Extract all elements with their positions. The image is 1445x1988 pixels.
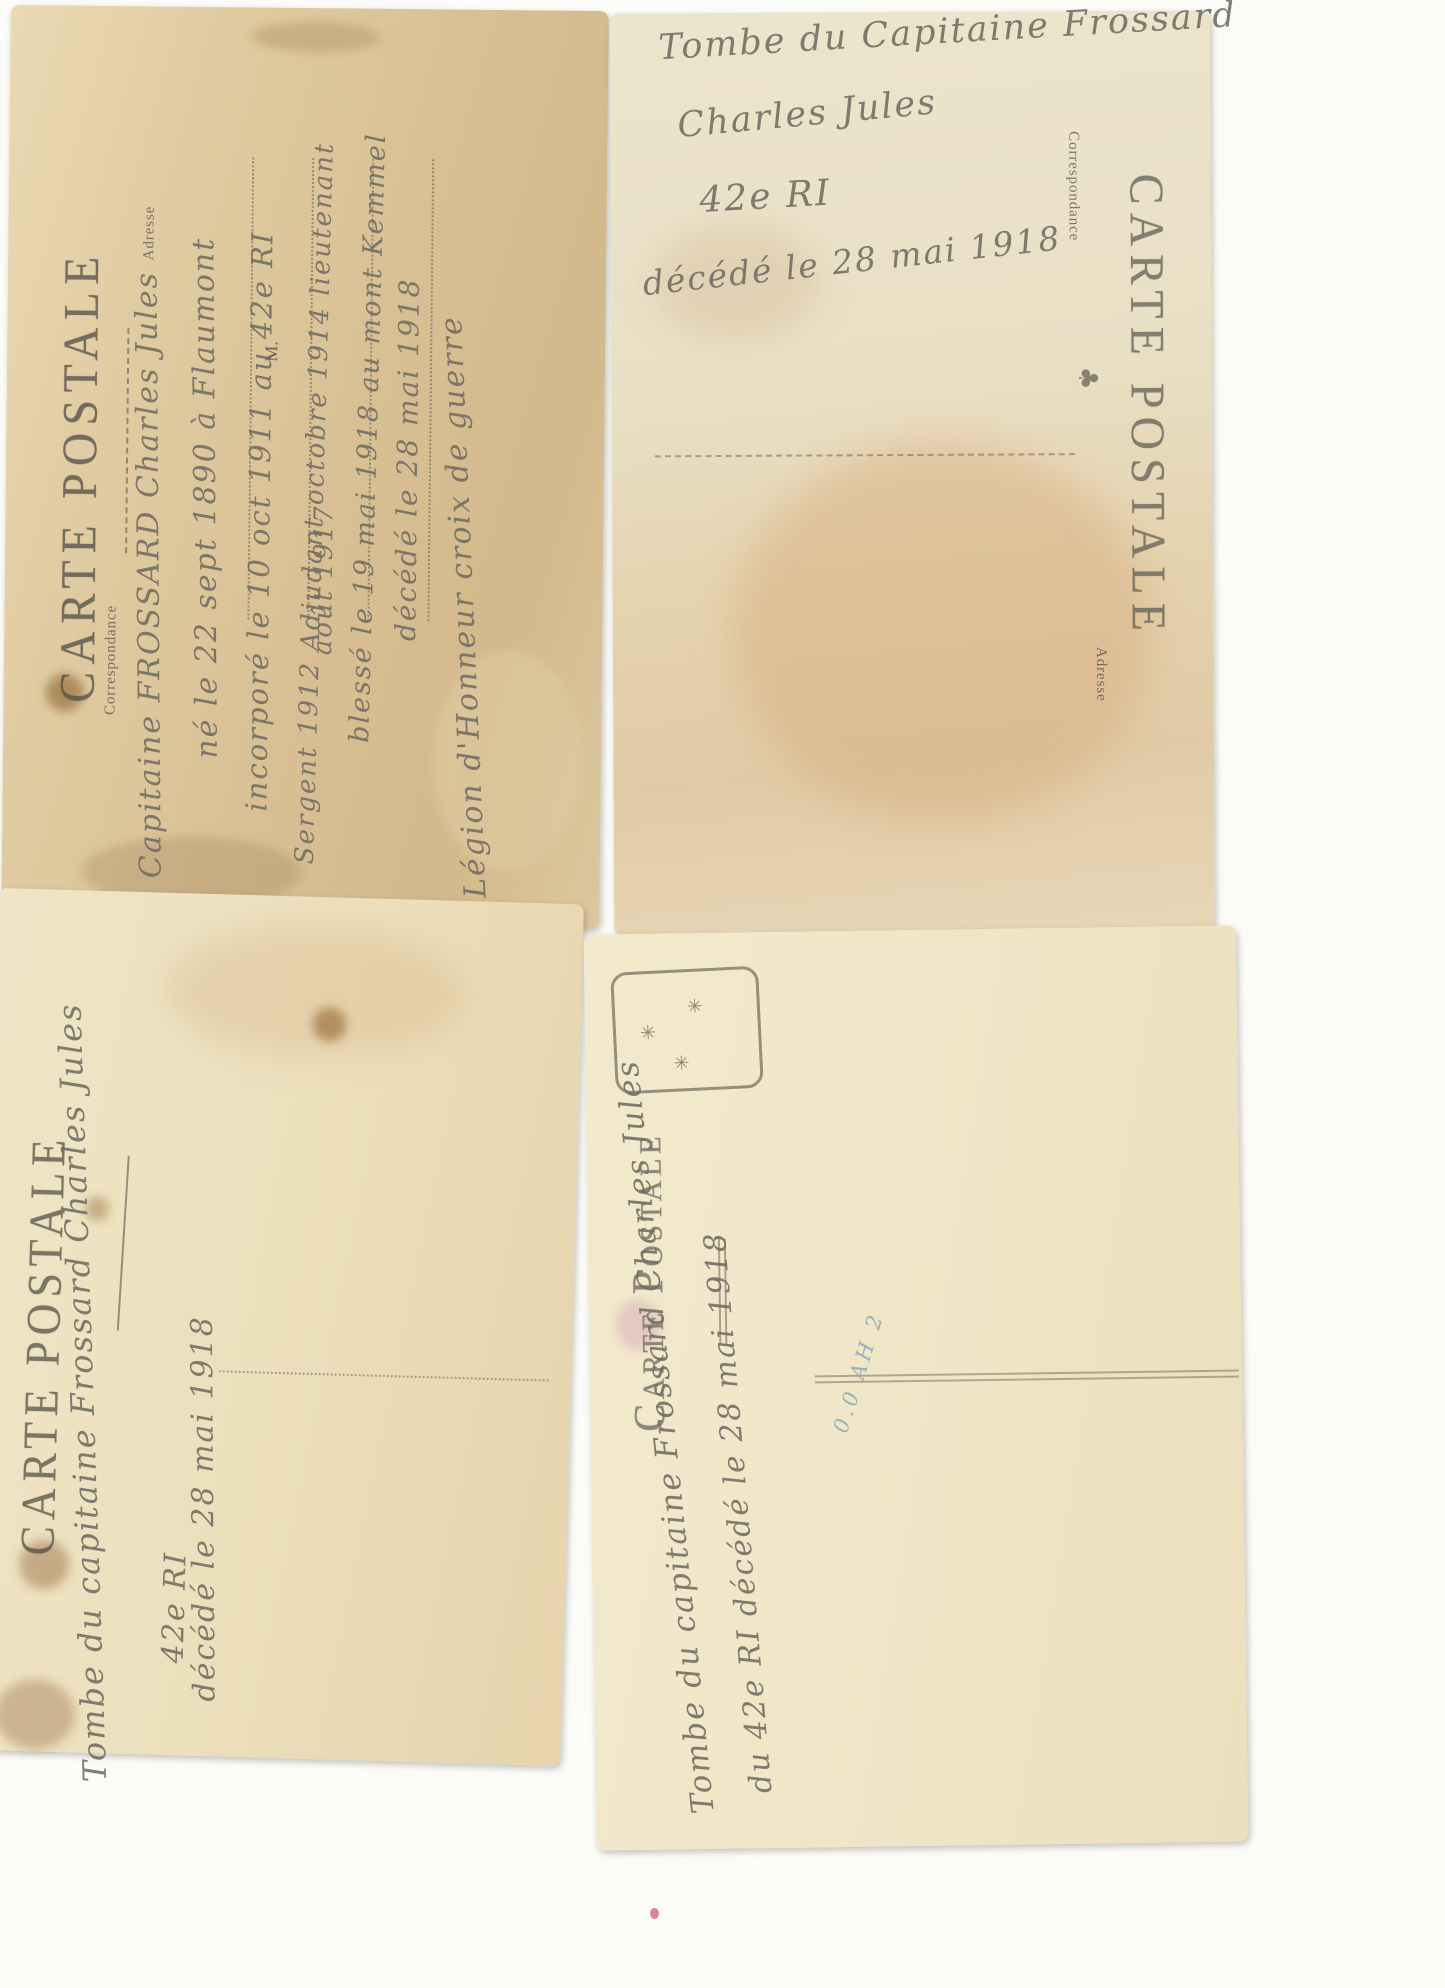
- handwriting-line: Charles Jules: [676, 85, 938, 144]
- postcard-bottom-right: ✳ ✳ ✳ Carte Postale 0.0 AH 2 Tombe du ca…: [584, 925, 1249, 1850]
- handwriting-line: blessé le 19 mai 1918 au mont Kemmel: [346, 132, 390, 743]
- handwriting-line: 42e RI: [698, 176, 832, 220]
- divider-line: [815, 1369, 1239, 1383]
- underline-mark: [117, 1156, 130, 1331]
- stamp-star-icon: ✳: [686, 997, 703, 1017]
- divider-line: [219, 1370, 549, 1381]
- handwriting-line: décédé le 28 mai 1918: [188, 1315, 221, 1702]
- title-underline: [125, 328, 129, 553]
- stamp-star-icon: ✳: [640, 1024, 657, 1044]
- stamp-star-icon: ✳: [673, 1054, 690, 1074]
- postcard-top-left: CARTE POSTALE Correspondance Adresse M. …: [1, 5, 609, 929]
- stain: [732, 441, 1154, 823]
- carte-postale-title: CARTE POSTALE: [1122, 174, 1173, 640]
- handwriting-line: du 42e RI décédé le 28 mai 1918: [700, 1230, 777, 1794]
- handwriting-line: Sergent 1912 Adjudant octobre 1914 lieut…: [292, 141, 338, 864]
- address-line: [427, 159, 434, 621]
- stain: [164, 923, 468, 1061]
- stain: [250, 21, 380, 52]
- handwriting-line: Tombe du Capitaine Frossard: [658, 0, 1238, 66]
- handwriting-line: Capitaine FROSSARD Charles Jules: [132, 271, 166, 878]
- adresse-label: Adresse: [142, 206, 158, 261]
- scanned-postcards-sheet: CARTE POSTALE Correspondance Adresse M. …: [0, 0, 1445, 1988]
- correspondance-label: Correspondance: [1065, 131, 1081, 241]
- handwriting-line: décédé le 28 mai 1918: [392, 277, 424, 641]
- handwriting-line: incorporé le 10 oct 1911 au 42e RI: [242, 230, 277, 811]
- correspondance-label: Correspondance: [103, 605, 119, 715]
- pink-mark: [650, 1908, 659, 1919]
- handwriting-line: né le 22 sept 1890 à Flaumont: [189, 237, 223, 759]
- publisher-emblem-icon: ♣: [1072, 366, 1102, 389]
- stain: [0, 1678, 76, 1750]
- adresse-label: Adresse: [1093, 647, 1108, 702]
- postcard-bottom-left: CARTE POSTALE Tombe du capitaine Frossar…: [0, 888, 584, 1766]
- carte-postale-title: CARTE POSTALE: [53, 249, 107, 703]
- postcard-top-right: Tombe du Capitaine Frossard Charles Jule…: [610, 10, 1215, 935]
- blue-ink-mark: 0.0 AH 2: [831, 1309, 888, 1435]
- handwriting-line: août 1917: [310, 504, 338, 655]
